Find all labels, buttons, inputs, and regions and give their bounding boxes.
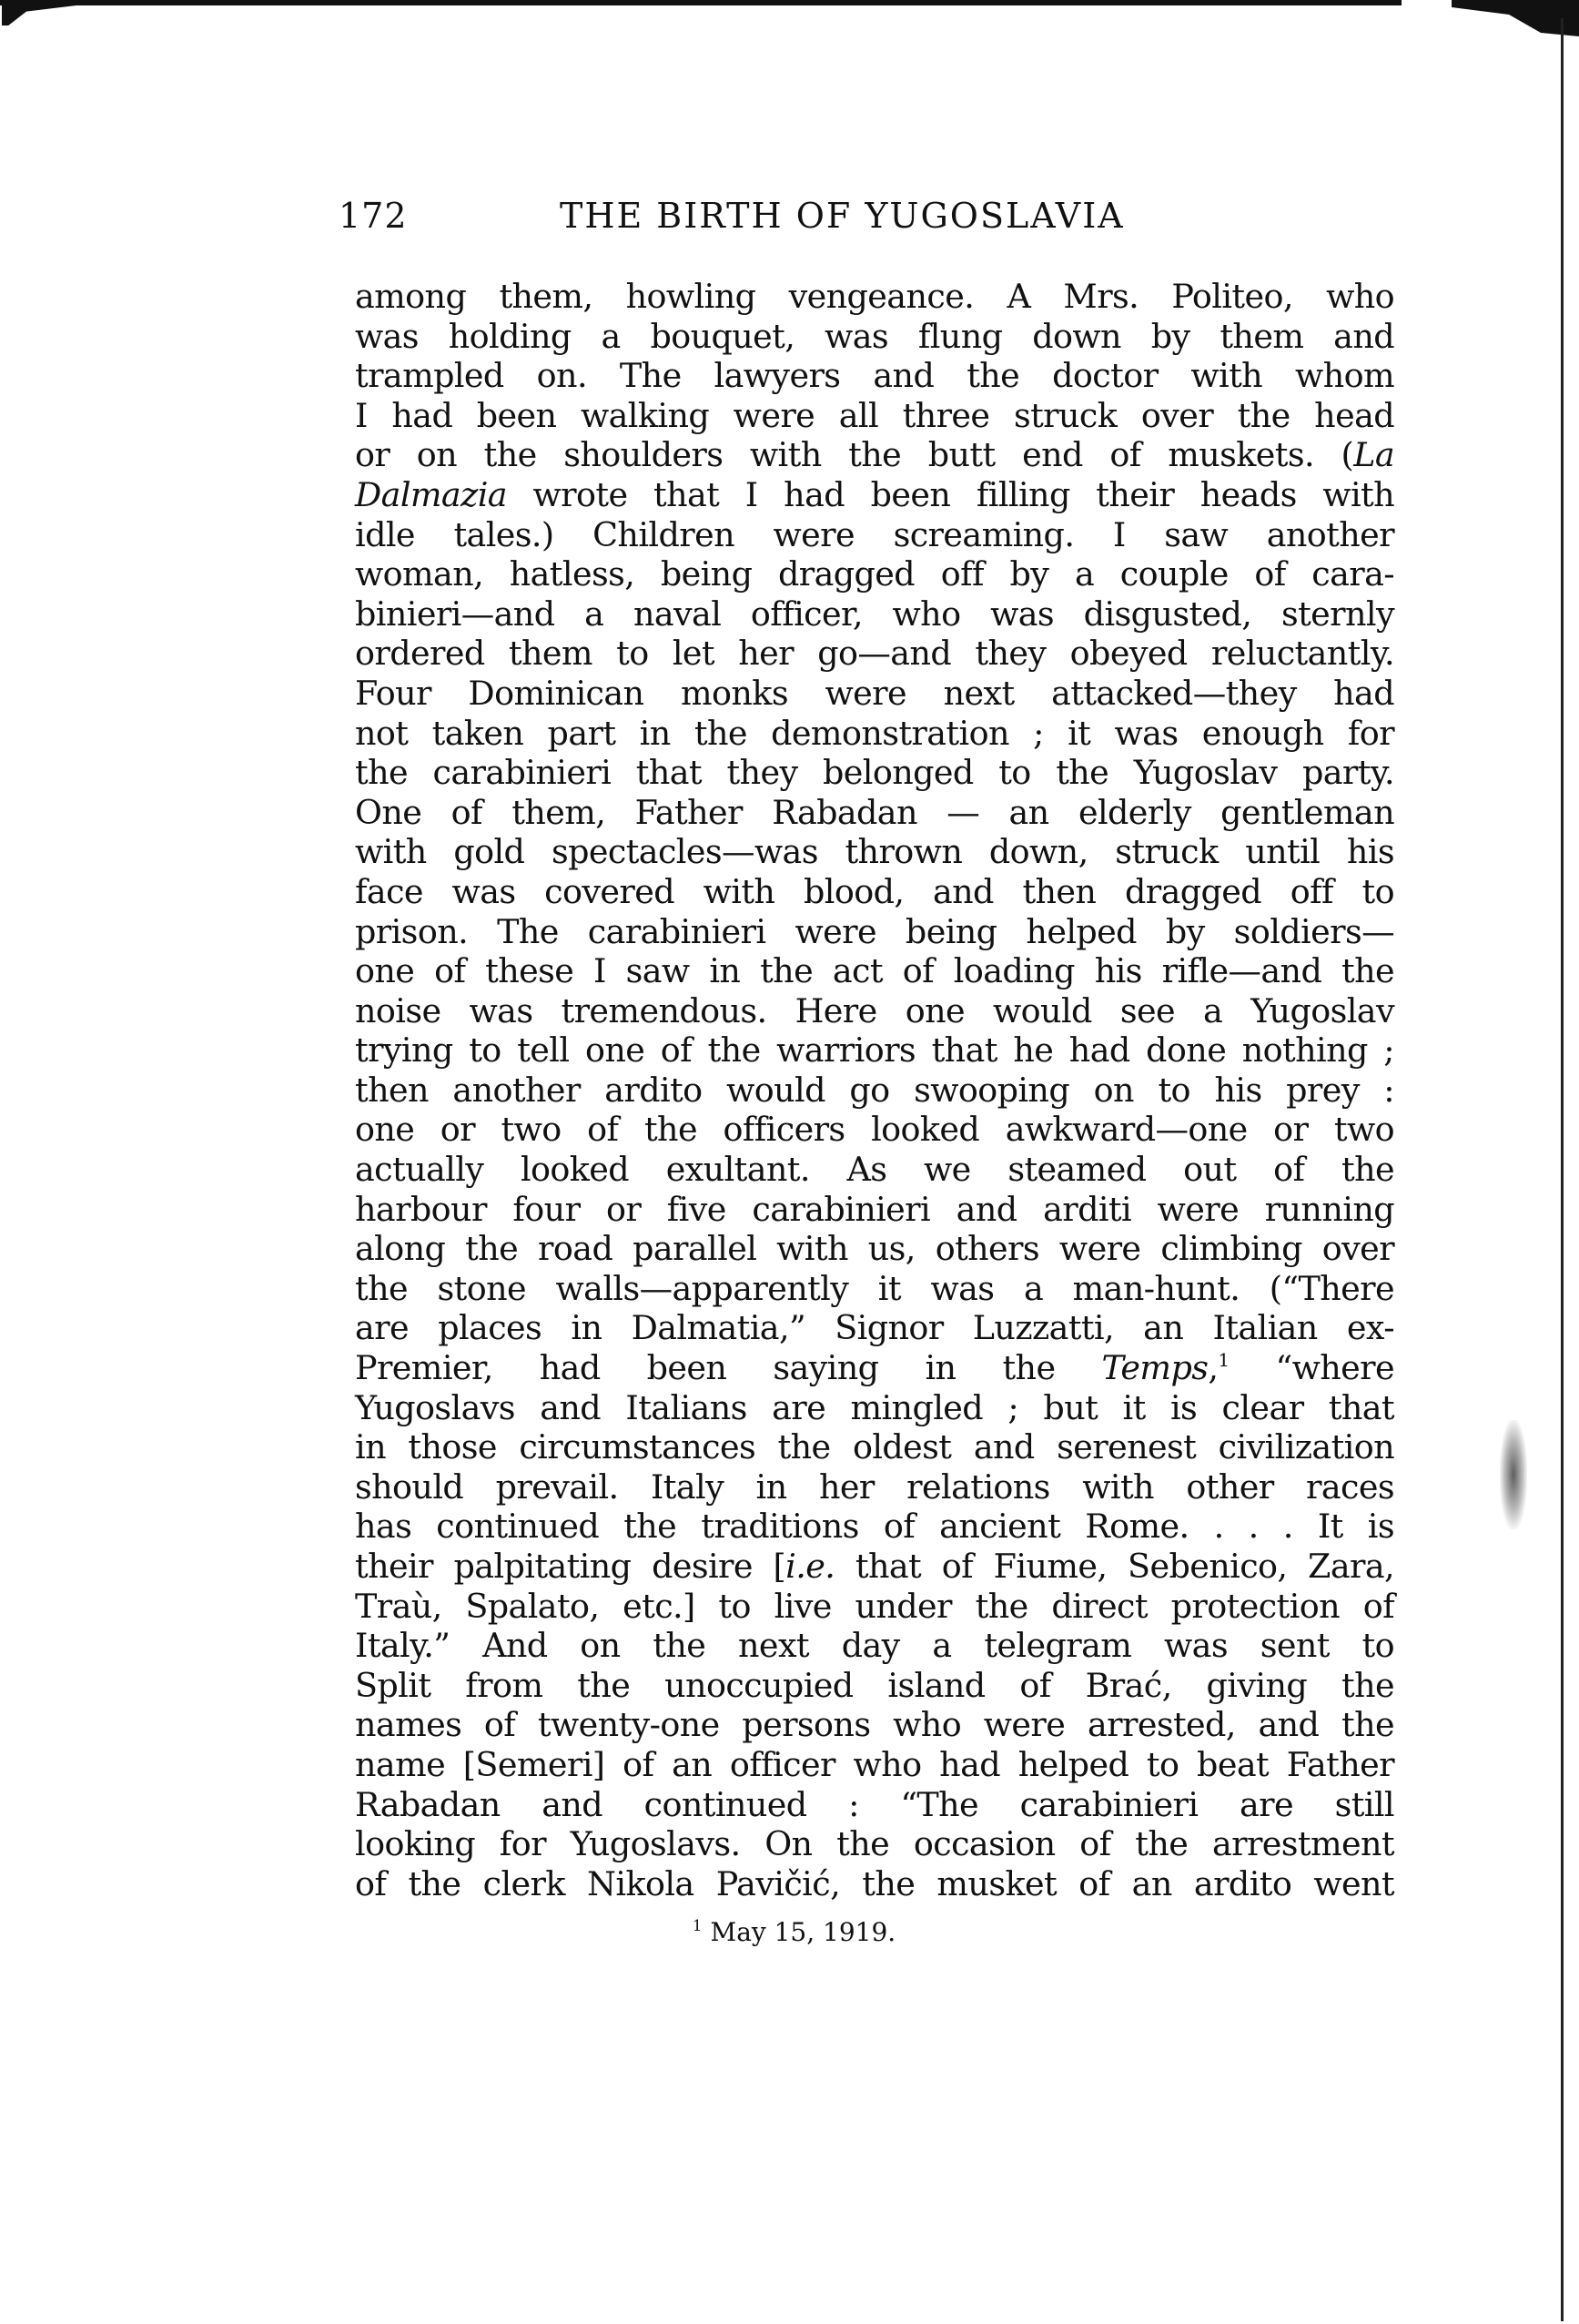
- running-header: 172 THE BIRTH OF YUGOSLAVIA: [339, 196, 1394, 241]
- text-line: their palpitating desire [i.e. that of F…: [355, 1547, 1394, 1587]
- text-line: Rabadan and continued : “The carabinieri…: [355, 1785, 1394, 1825]
- text-line: one or two of the officers looked awkwar…: [355, 1110, 1394, 1150]
- text-line: are places in Dalmatia,” Signor Luzzatti…: [355, 1308, 1394, 1348]
- scan-corner-top-left: [2, 0, 84, 25]
- text-line: Italy.” And on the next day a telegram w…: [355, 1626, 1394, 1666]
- text-line: binieri—and a naval officer, who was dis…: [355, 594, 1394, 634]
- text-line: in those circumstances the oldest and se…: [355, 1427, 1394, 1467]
- text-line: Premier, had been saying in the Temps,1 …: [355, 1348, 1394, 1388]
- running-title: THE BIRTH OF YUGOSLAVIA: [560, 196, 1125, 236]
- text-line: Yugoslavs and Italians are mingled ; but…: [355, 1388, 1394, 1428]
- text-line: I had been walking were all three struck…: [355, 396, 1394, 436]
- text-line: of the clerk Nikola Pavičić, the musket …: [355, 1864, 1394, 1904]
- text-line: trying to tell one of the warriors that …: [355, 1030, 1394, 1071]
- italic-text: Dalmazia: [355, 475, 507, 514]
- book-page: 172 THE BIRTH OF YUGOSLAVIA among them, …: [0, 0, 1579, 2324]
- text-line: One of them, Father Rabadan — an elderly…: [355, 793, 1394, 833]
- text-line: face was covered with blood, and then dr…: [355, 872, 1394, 912]
- text-line: trampled on. The lawyers and the doctor …: [355, 356, 1394, 396]
- text-line: along the road parallel with us, others …: [355, 1229, 1394, 1269]
- text-line: with gold spectacles—was thrown down, st…: [355, 832, 1394, 872]
- footnote: 1 May 15, 1919.: [0, 1917, 1579, 1947]
- text-line: should prevail. Italy in her relations w…: [355, 1467, 1394, 1507]
- scan-smudge: [1500, 1420, 1527, 1529]
- body-text: among them, howling vengeance. A Mrs. Po…: [355, 277, 1394, 1903]
- text-line: has continued the traditions of ancient …: [355, 1507, 1394, 1547]
- text-line: one of these I saw in the act of loading…: [355, 951, 1394, 991]
- text-line: looking for Yugoslavs. On the occasion o…: [355, 1824, 1394, 1864]
- text-line: woman, hatless, being dragged off by a c…: [355, 554, 1394, 594]
- text-line: the carabinieri that they belonged to th…: [355, 753, 1394, 793]
- italic-text: i.e.: [785, 1547, 835, 1586]
- text-line: ordered them to let her go—and they obey…: [355, 634, 1394, 674]
- italic-text: Temps: [1102, 1348, 1209, 1387]
- text-line: harbour four or five carabinieri and ard…: [355, 1190, 1394, 1230]
- scan-edge-top: [0, 0, 1402, 5]
- text-line: actually looked exultant. As we steamed …: [355, 1150, 1394, 1190]
- text-line: idle tales.) Children were screaming. I …: [355, 515, 1394, 555]
- text-line: was holding a bouquet, was flung down by…: [355, 317, 1394, 357]
- text-line: then another ardito would go swooping on…: [355, 1071, 1394, 1111]
- text-line: Traù, Spalato, etc.] to live under the d…: [355, 1587, 1394, 1627]
- text-line: Split from the unoccupied island of Brać…: [355, 1666, 1394, 1706]
- scan-edge-right: [1561, 18, 1564, 2321]
- footnote-reference: 1: [1218, 1349, 1229, 1371]
- text-line: not taken part in the demonstration ; it…: [355, 714, 1394, 754]
- footnote-marker: 1: [693, 1917, 703, 1935]
- scan-corner-top-right: [1452, 0, 1579, 36]
- text-line: among them, howling vengeance. A Mrs. Po…: [355, 277, 1394, 317]
- page-number: 172: [339, 196, 408, 236]
- footnote-text: May 15, 1919.: [711, 1917, 896, 1947]
- text-line: Four Dominican monks were next attacked—…: [355, 674, 1394, 714]
- text-line: Dalmazia wrote that I had been filling t…: [355, 475, 1394, 515]
- text-line: names of twenty-one persons who were arr…: [355, 1705, 1394, 1745]
- text-line: or on the shoulders with the butt end of…: [355, 435, 1394, 475]
- text-line: the stone walls—apparently it was a man-…: [355, 1269, 1394, 1309]
- text-line: noise was tremendous. Here one would see…: [355, 991, 1394, 1031]
- text-line: name [Semeri] of an officer who had help…: [355, 1745, 1394, 1785]
- italic-text: La: [1353, 435, 1394, 474]
- text-line: prison. The carabinieri were being helpe…: [355, 912, 1394, 952]
